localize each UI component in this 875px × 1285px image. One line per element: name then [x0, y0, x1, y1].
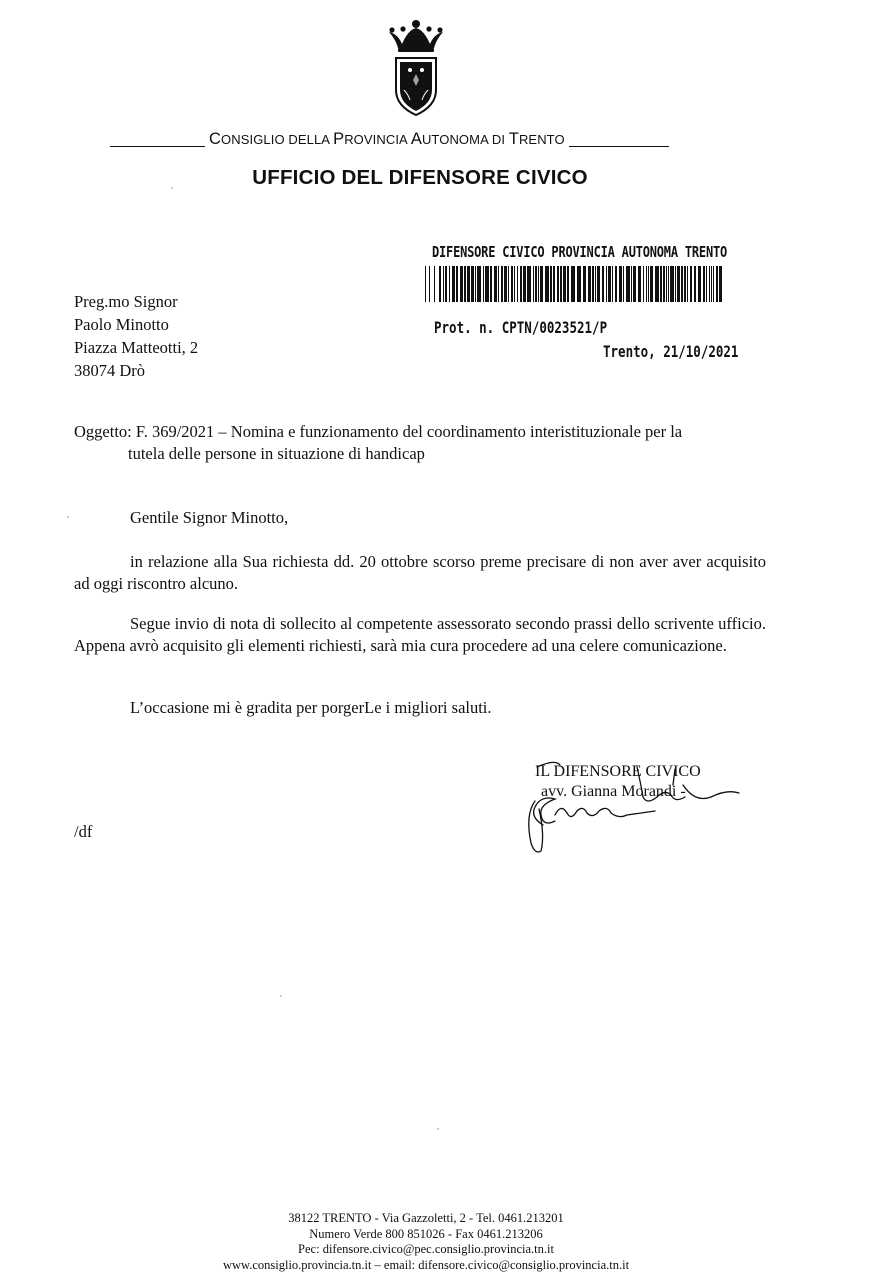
paragraph-text: Segue invio di nota di sollecito al comp… [74, 614, 766, 655]
body-paragraph-1: in relazione alla Sua richiesta dd. 20 o… [74, 551, 766, 595]
scan-speck [280, 995, 282, 997]
scan-speck [437, 1128, 439, 1130]
recipient-line: Preg.mo Signor [74, 290, 198, 313]
recipient-line: Piazza Matteotti, 2 [74, 336, 198, 359]
footer-phone-fax: Numero Verde 800 851026 - Fax 0461.21320… [0, 1227, 852, 1243]
typist-initials: /df [74, 822, 92, 842]
subject-line-1: Oggetto: F. 369/2021 – Nomina e funziona… [74, 421, 774, 443]
paragraph-text: in relazione alla Sua richiesta dd. 20 o… [74, 552, 766, 593]
barcode-icon [425, 266, 725, 302]
subject-block: Oggetto: F. 369/2021 – Nomina e funziona… [74, 421, 774, 465]
coat-of-arms-icon [386, 18, 446, 118]
council-name: CONSIGLIO DELLA PROVINCIA AUTONOMA DI TR… [205, 130, 569, 149]
body-paragraph-2: Segue invio di nota di sollecito al comp… [74, 613, 766, 657]
heading-rule-left [110, 146, 205, 147]
closing-line: L’occasione mi è gradita per porgerLe i … [130, 697, 492, 719]
protocol-number: Prot. n. CPTN/0023521/P [434, 318, 607, 337]
footer-pec: Pec: difensore.civico@pec.consiglio.prov… [0, 1242, 852, 1258]
scan-speck [171, 187, 173, 189]
footer-contacts: 38122 TRENTO - Via Gazzoletti, 2 - Tel. … [0, 1211, 852, 1273]
subject-line-2: tutela delle persone in situazione di ha… [74, 443, 774, 465]
place-date: Trento, 21/10/2021 [603, 342, 738, 361]
recipient-address: Preg.mo Signor Paolo Minotto Piazza Matt… [74, 290, 198, 382]
recipient-line: Paolo Minotto [74, 313, 198, 336]
salutation: Gentile Signor Minotto, [130, 507, 288, 529]
council-heading: CONSIGLIO DELLA PROVINCIA AUTONOMA DI TR… [110, 127, 730, 149]
footer-address: 38122 TRENTO - Via Gazzoletti, 2 - Tel. … [0, 1211, 852, 1227]
scan-speck [67, 516, 69, 518]
handwritten-signature-icon [515, 755, 745, 860]
heading-rule-right [569, 146, 669, 147]
office-title: UFFICIO DEL DIFENSORE CIVICO [0, 166, 840, 190]
recipient-line: 38074 Drò [74, 359, 198, 382]
footer-web-email: www.consiglio.provincia.tn.it – email: d… [0, 1258, 852, 1274]
protocol-stamp-title: DIFENSORE CIVICO PROVINCIA AUTONOMA TREN… [432, 243, 727, 261]
